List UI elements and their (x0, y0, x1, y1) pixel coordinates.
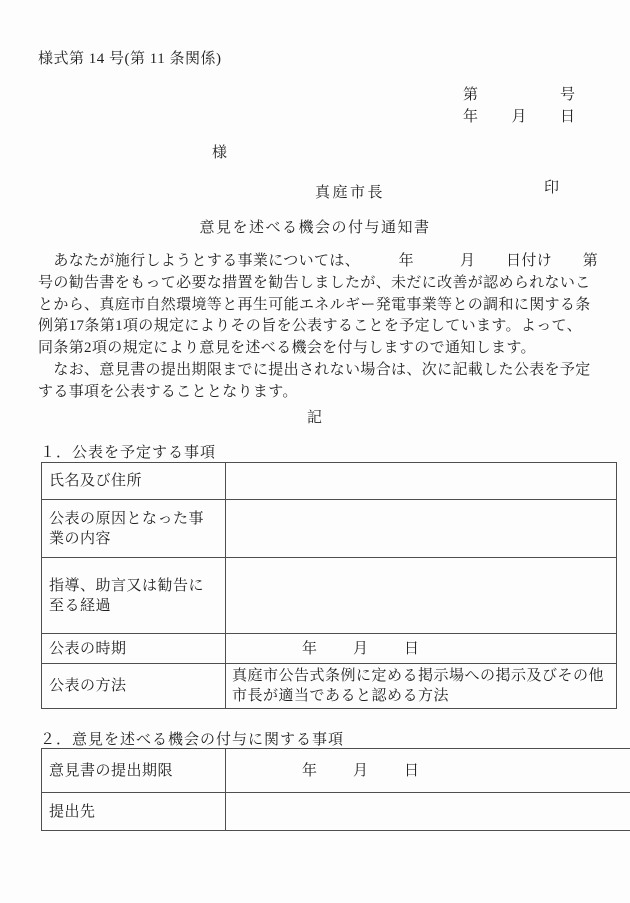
date-line: 年 月 日 (463, 106, 575, 128)
date-year-label: 年 (463, 106, 478, 128)
row-label-name-address: 氏名及び住所 (42, 463, 226, 500)
sender-title: 真庭市長 (315, 181, 385, 202)
row-value-publication-time: 年 月 日 (226, 634, 617, 664)
section2-heading: ２．意見を述べる機会の付与に関する事項 (40, 728, 344, 749)
seal-mark: 印 (544, 176, 559, 197)
opinion-opportunity-table: 意見書の提出期限 年 月 日 提出先 (41, 748, 630, 831)
row-label-business-content: 公表の原因となった事業の内容 (42, 500, 226, 558)
body-line: 例第17条第1項の規定によりその旨を公表することを予定しています。よって、 (38, 316, 596, 338)
table-row: 指導、助言又は勧告に至る経過 (42, 558, 617, 634)
section1-heading: １．公表を予定する事項 (40, 441, 216, 462)
body-line: する事項を公表することとなります。 (38, 382, 596, 404)
addressee-honorific: 様 (212, 141, 228, 162)
publication-items-table: 氏名及び住所 公表の原因となった事業の内容 指導、助言又は勧告に至る経過 公表の… (41, 462, 617, 709)
table-row: 公表の原因となった事業の内容 (42, 500, 617, 558)
date-day-label: 日 (560, 106, 575, 128)
ref-number-prefix: 第 (463, 84, 478, 106)
table-row: 公表の時期 年 月 日 (42, 634, 617, 664)
row-label-guidance-history: 指導、助言又は勧告に至る経過 (42, 558, 226, 634)
table-row: 提出先 (42, 793, 630, 831)
form-number: 様式第 14 号(第 11 条関係) (38, 47, 221, 68)
row-value-name-address (226, 463, 617, 500)
table-row: 意見書の提出期限 年 月 日 (42, 749, 630, 793)
table-row: 公表の方法 真庭市公告式条例に定める掲示場への掲示及びその他市長が適当であると認… (42, 664, 617, 709)
row-value-business-content (226, 500, 617, 558)
row-value-submission-destination (226, 793, 630, 831)
date-month-label: 月 (511, 106, 526, 128)
body-line: なお、意見書の提出期限までに提出されない場合は、次に記載した公表を予定 (38, 360, 596, 382)
body-line: とから、真庭市自然環境等と再生可能エネルギー発電事業等との調和に関する条 (38, 295, 596, 317)
body-paragraph: あなたが施行しようとする事業については、 年 月 日付け 第 号の勧告書をもって… (38, 251, 596, 404)
body-line: あなたが施行しようとする事業については、 年 月 日付け 第 (38, 251, 596, 273)
row-label-submission-deadline: 意見書の提出期限 (42, 749, 226, 793)
row-value-publication-method: 真庭市公告式条例に定める掲示場への掲示及びその他市長が適当であると認める方法 (226, 664, 617, 709)
row-label-publication-time: 公表の時期 (42, 634, 226, 664)
reference-block: 第 号 年 月 日 (463, 84, 575, 128)
row-value-submission-deadline: 年 月 日 (226, 749, 630, 793)
row-value-guidance-history (226, 558, 617, 634)
row-label-publication-method: 公表の方法 (42, 664, 226, 709)
body-line: 号の勧告書をもって必要な措置を勧告しましたが、未だに改善が認められないこ (38, 273, 596, 295)
record-marker: 記 (0, 406, 630, 427)
document-page: 様式第 14 号(第 11 条関係) 第 号 年 月 日 様 真庭市長 印 意見… (0, 0, 630, 903)
ref-number-suffix: 号 (560, 84, 575, 106)
row-label-submission-destination: 提出先 (42, 793, 226, 831)
document-title: 意見を述べる機会の付与通知書 (0, 216, 630, 237)
table-row: 氏名及び住所 (42, 463, 617, 500)
body-line: 同条第2項の規定により意見を述べる機会を付与しますので通知します。 (38, 338, 596, 360)
reference-number-line: 第 号 (463, 84, 575, 106)
